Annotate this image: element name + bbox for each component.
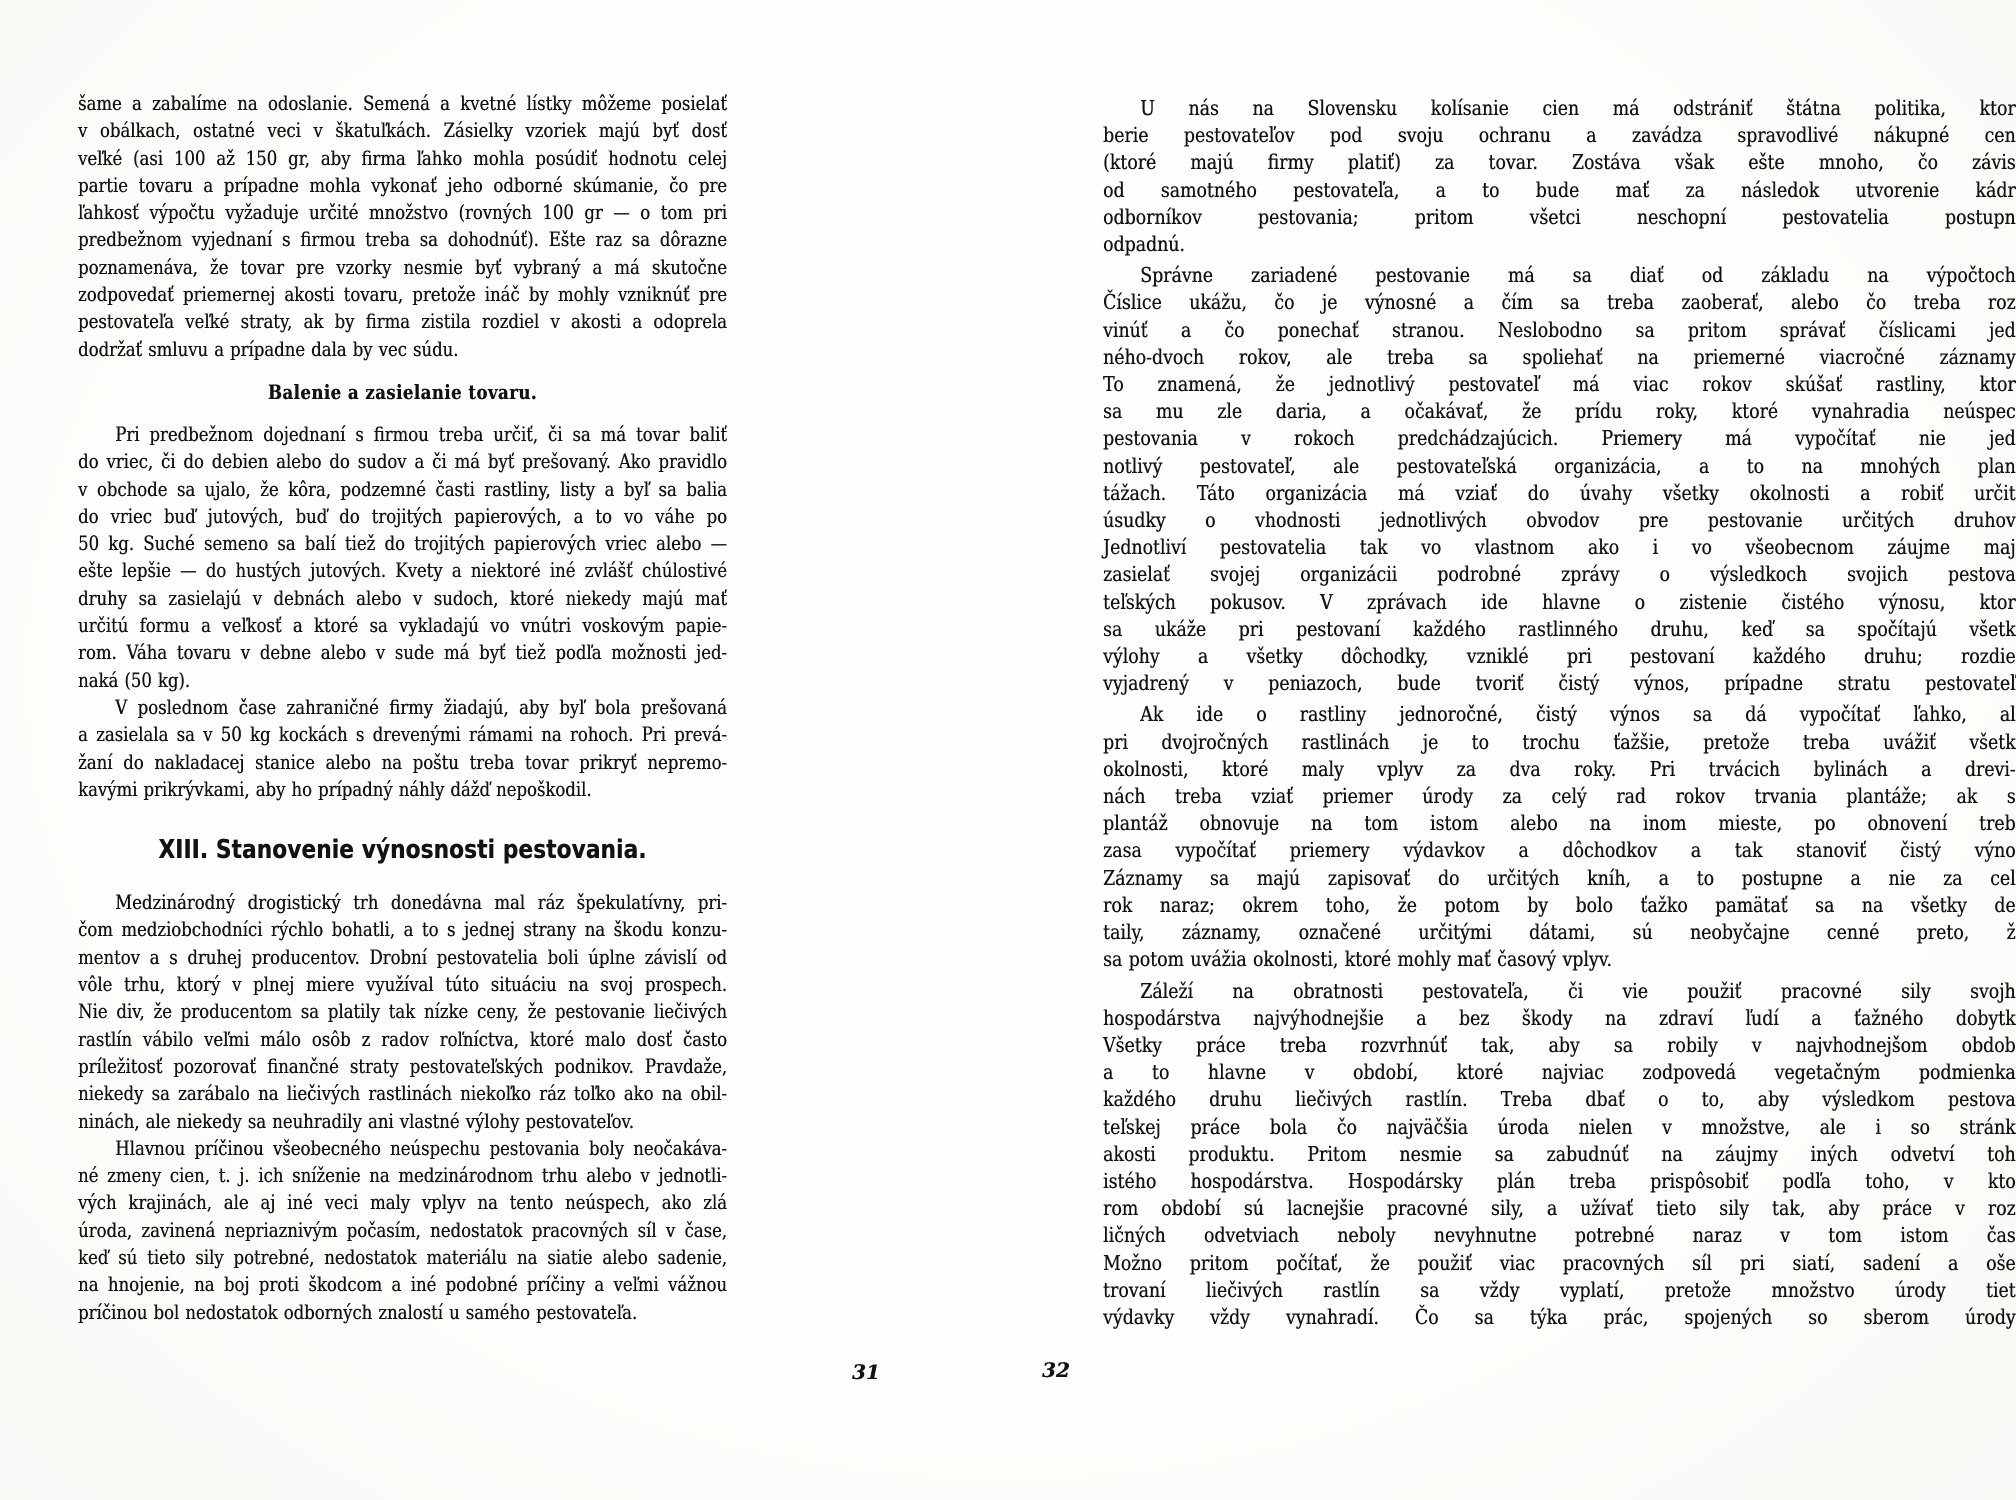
text-line: partie tovaru a prípadne mohla vykonať j… bbox=[78, 172, 727, 199]
text-line: V poslednom čase zahraničné firmy žiadaj… bbox=[78, 694, 727, 721]
text-line: Nie div, že producentom sa platily tak n… bbox=[78, 998, 727, 1025]
text-line: druhy sa zasielajú v debnách alebo v sud… bbox=[78, 585, 727, 612]
text-line: rok naraz; okrem toho, že potom by bolo … bbox=[1103, 892, 2016, 919]
paragraph: šame a zabalíme na odoslanie. Semená a k… bbox=[78, 90, 727, 363]
text-line: rom. Váha tovaru v debne alebo v sude má… bbox=[78, 639, 727, 666]
text-line: (ktoré majú firmy platiť) za tovar. Zost… bbox=[1103, 149, 2016, 176]
paragraph: Medzinárodný drogistický trh donedávna m… bbox=[78, 889, 727, 1135]
text-line: ličných odvetviach neboly nevyhnutne pot… bbox=[1103, 1222, 2016, 1249]
text-line: ešte lepšie — do hustých jutových. Kvety… bbox=[78, 557, 727, 584]
text-line: vôle trhu, ktorý v plnej miere využíval … bbox=[78, 971, 727, 998]
text-line: výlohy a všetky dôchodky, vzniklé pri pe… bbox=[1103, 643, 2016, 670]
text-line: naká (50 kg). bbox=[78, 667, 727, 694]
text-line: a zasielala sa v 50 kg kockách s drevený… bbox=[78, 721, 727, 748]
text-line: istého hospodárstva. Hospodársky plán tr… bbox=[1103, 1168, 2016, 1195]
text-line: zasielať svojej organizácii podrobné zpr… bbox=[1103, 561, 2016, 588]
paragraph: U nás na Slovensku kolísanie cien má ods… bbox=[1103, 95, 2016, 258]
left-page-text: šame a zabalíme na odoslanie. Semená a k… bbox=[78, 90, 727, 1326]
text-line: ninách, ale niekedy sa neuhradily ani vl… bbox=[78, 1108, 727, 1135]
text-line: akosti produktu. Pritom nesmie sa zabudn… bbox=[1103, 1141, 2016, 1168]
text-line: ľahkosť výpočtu vyžaduje určité množstvo… bbox=[78, 199, 727, 226]
text-line: výdavky vždy vynahradí. Čo sa týka prác,… bbox=[1103, 1304, 2016, 1331]
text-line: vinúť a čo ponechať stranou. Neslobodno … bbox=[1103, 317, 2016, 344]
paragraph: Pri predbežnom dojednaní s firmou treba … bbox=[78, 421, 727, 694]
text-line: Možno pritom počítať, že použiť viac pra… bbox=[1103, 1250, 2016, 1277]
chapter-heading: XIII. Stanovenie výnosnosti pestovania. bbox=[78, 830, 727, 870]
text-line: veľké (asi 100 až 150 gr, aby firma ľahk… bbox=[78, 145, 727, 172]
text-line: poznamenáva, že tovar pre vzorky nesmie … bbox=[78, 254, 727, 281]
text-line: teľských pokusov. V zprávach ide hlavne … bbox=[1103, 589, 2016, 616]
text-line: né zmeny cien, t. j. ich sníženie na med… bbox=[78, 1162, 727, 1189]
text-line: odborníkov pestovania; pritom všetci nes… bbox=[1103, 204, 2016, 231]
text-line: Jednotliví pestovatelia tak vo vlastnom … bbox=[1103, 534, 2016, 561]
text-line: rom období sú lacnejšie pracovné sily, a… bbox=[1103, 1195, 2016, 1222]
text-line: tážach. Táto organizácia má vziať do úva… bbox=[1103, 480, 2016, 507]
text-line: Medzinárodný drogistický trh donedávna m… bbox=[78, 889, 727, 916]
text-line: 50 kg. Suché semeno sa balí tiež do troj… bbox=[78, 530, 727, 557]
text-line: príčinou bol nedostatok odborných znalos… bbox=[78, 1299, 727, 1326]
text-line: každého druhu liečivých rastlín. Treba d… bbox=[1103, 1086, 2016, 1113]
text-line: okolnosti, ktoré maly vplyv za dva roky.… bbox=[1103, 756, 2016, 783]
text-line: vyjadrený v peniazoch, bude tvoriť čistý… bbox=[1103, 670, 2016, 697]
text-line: predbežnom vyjednaní s firmou treba sa d… bbox=[78, 226, 727, 253]
text-line: do vriec buď jutových, buď do trojitých … bbox=[78, 503, 727, 530]
text-line: U nás na Slovensku kolísanie cien má ods… bbox=[1103, 95, 2016, 122]
text-line: notlivý pestovateľ, ale pestovateľská or… bbox=[1103, 453, 2016, 480]
text-line: plantáž obnovuje na tom istom alebo na i… bbox=[1103, 810, 2016, 837]
text-line: trovaní liečivých rastlín sa vždy vyplat… bbox=[1103, 1277, 2016, 1304]
text-line: Všetky práce treba rozvrhnúť tak, aby sa… bbox=[1103, 1032, 2016, 1059]
text-line: niekedy sa zarábalo na liečivých rastlin… bbox=[78, 1080, 727, 1107]
text-line: pri dvojročných rastlinách je to trochu … bbox=[1103, 729, 2016, 756]
text-line: sa mu zle daria, a očakávať, že prídu ro… bbox=[1103, 398, 2016, 425]
text-line: zasa vypočítať priemery výdavkov a dôcho… bbox=[1103, 837, 2016, 864]
section-heading: Balenie a zasielanie tovaru. bbox=[78, 380, 727, 406]
text-line: ného-dvoch rokov, ale treba sa spoliehať… bbox=[1103, 344, 2016, 371]
text-line: úsudky o vhodnosti jednotlivých obvodov … bbox=[1103, 507, 2016, 534]
text-line: žaní do nakladacej stanice alebo na pošt… bbox=[78, 749, 727, 776]
text-line: Záznamy sa majú zapisovať do určitých kn… bbox=[1103, 865, 2016, 892]
text-line: To znamená, že jednotlivý pestovateľ má … bbox=[1103, 371, 2016, 398]
text-line: nách treba vziať priemer úrody za celý r… bbox=[1103, 783, 2016, 810]
text-line: rastlín vábilo veľmi málo osôb z radov r… bbox=[78, 1026, 727, 1053]
text-line: Ak ide o rastliny jednoročné, čistý výno… bbox=[1103, 701, 2016, 728]
text-line: hospodárstva najvýhodnejšie a bez škody … bbox=[1103, 1005, 2016, 1032]
scanned-book-spread: šame a zabalíme na odoslanie. Semená a k… bbox=[0, 0, 2016, 1500]
paragraph: Záleží na obratnosti pestovateľa, či vie… bbox=[1103, 978, 2016, 1332]
text-line: Číslice ukážu, čo je výnosné a čím sa tr… bbox=[1103, 289, 2016, 316]
text-line: teľskej práce bola čo najväčšia úroda ni… bbox=[1103, 1114, 2016, 1141]
page-number-right: 32 bbox=[1042, 1358, 1070, 1382]
text-line: Správne zariadené pestovanie má sa diať … bbox=[1103, 262, 2016, 289]
text-line: do vriec, či do debien alebo do sudov a … bbox=[78, 448, 727, 475]
paragraph: V poslednom čase zahraničné firmy žiadaj… bbox=[78, 694, 727, 803]
paragraph: Ak ide o rastliny jednoročné, čistý výno… bbox=[1103, 701, 2016, 973]
text-line: kavými prikrývkami, aby ho prípadný náhl… bbox=[78, 776, 727, 803]
text-line: sa ukáže pri pestovaní každého rastlinné… bbox=[1103, 616, 2016, 643]
text-line: od samotného pestovateľa, a to bude mať … bbox=[1103, 177, 2016, 204]
text-line: v obchode sa ujalo, že kôra, podzemné ča… bbox=[78, 476, 727, 503]
text-line: pestovateľa veľké straty, ak by firma zi… bbox=[78, 308, 727, 335]
text-line: úroda, zavinená nepriaznivým počasím, ne… bbox=[78, 1217, 727, 1244]
text-line: berie pestovateľov pod svoju ochranu a z… bbox=[1103, 122, 2016, 149]
text-line: taily, záznamy, označené určitými dátami… bbox=[1103, 919, 2016, 946]
text-line: zodpovedať priemernej akosti tovaru, pre… bbox=[78, 281, 727, 308]
page-number-left: 31 bbox=[852, 1360, 880, 1384]
paragraph: Správne zariadené pestovanie má sa diať … bbox=[1103, 262, 2016, 697]
text-line: pestovania v rokoch predchádzajúcich. Pr… bbox=[1103, 425, 2016, 452]
text-line: Záleží na obratnosti pestovateľa, či vie… bbox=[1103, 978, 2016, 1005]
text-line: čom medziobchodníci rýchlo bohatli, a to… bbox=[78, 916, 727, 943]
text-line: dodržať smluvu a prípadne dala by vec sú… bbox=[78, 336, 727, 363]
text-line: určitú formu a veľkosť a ktoré sa vyklad… bbox=[78, 612, 727, 639]
text-line: príležitosť pozorovať finančné straty pe… bbox=[78, 1053, 727, 1080]
text-line: a to hlavne v období, ktoré najviac zodp… bbox=[1103, 1059, 2016, 1086]
right-page-text: U nás na Slovensku kolísanie cien má ods… bbox=[1103, 95, 2016, 1331]
text-line: šame a zabalíme na odoslanie. Semená a k… bbox=[78, 90, 727, 117]
text-line: odpadnú. bbox=[1103, 231, 2016, 258]
text-line: Pri predbežnom dojednaní s firmou treba … bbox=[78, 421, 727, 448]
text-line: na hnojenie, na boj proti škodcom a iné … bbox=[78, 1271, 727, 1298]
paragraph: Hlavnou príčinou všeobecného neúspechu p… bbox=[78, 1135, 727, 1326]
text-line: mentov a s druhej producentov. Drobní pe… bbox=[78, 944, 727, 971]
text-line: vých krajinách, ale aj iné veci maly vpl… bbox=[78, 1189, 727, 1216]
text-line: Hlavnou príčinou všeobecného neúspechu p… bbox=[78, 1135, 727, 1162]
text-line: v obálkach, ostatné veci v škatuľkách. Z… bbox=[78, 117, 727, 144]
text-line: sa potom uvážia okolnosti, ktoré mohly m… bbox=[1103, 946, 2016, 973]
text-line: keď sú tieto sily potrebné, nedostatok m… bbox=[78, 1244, 727, 1271]
